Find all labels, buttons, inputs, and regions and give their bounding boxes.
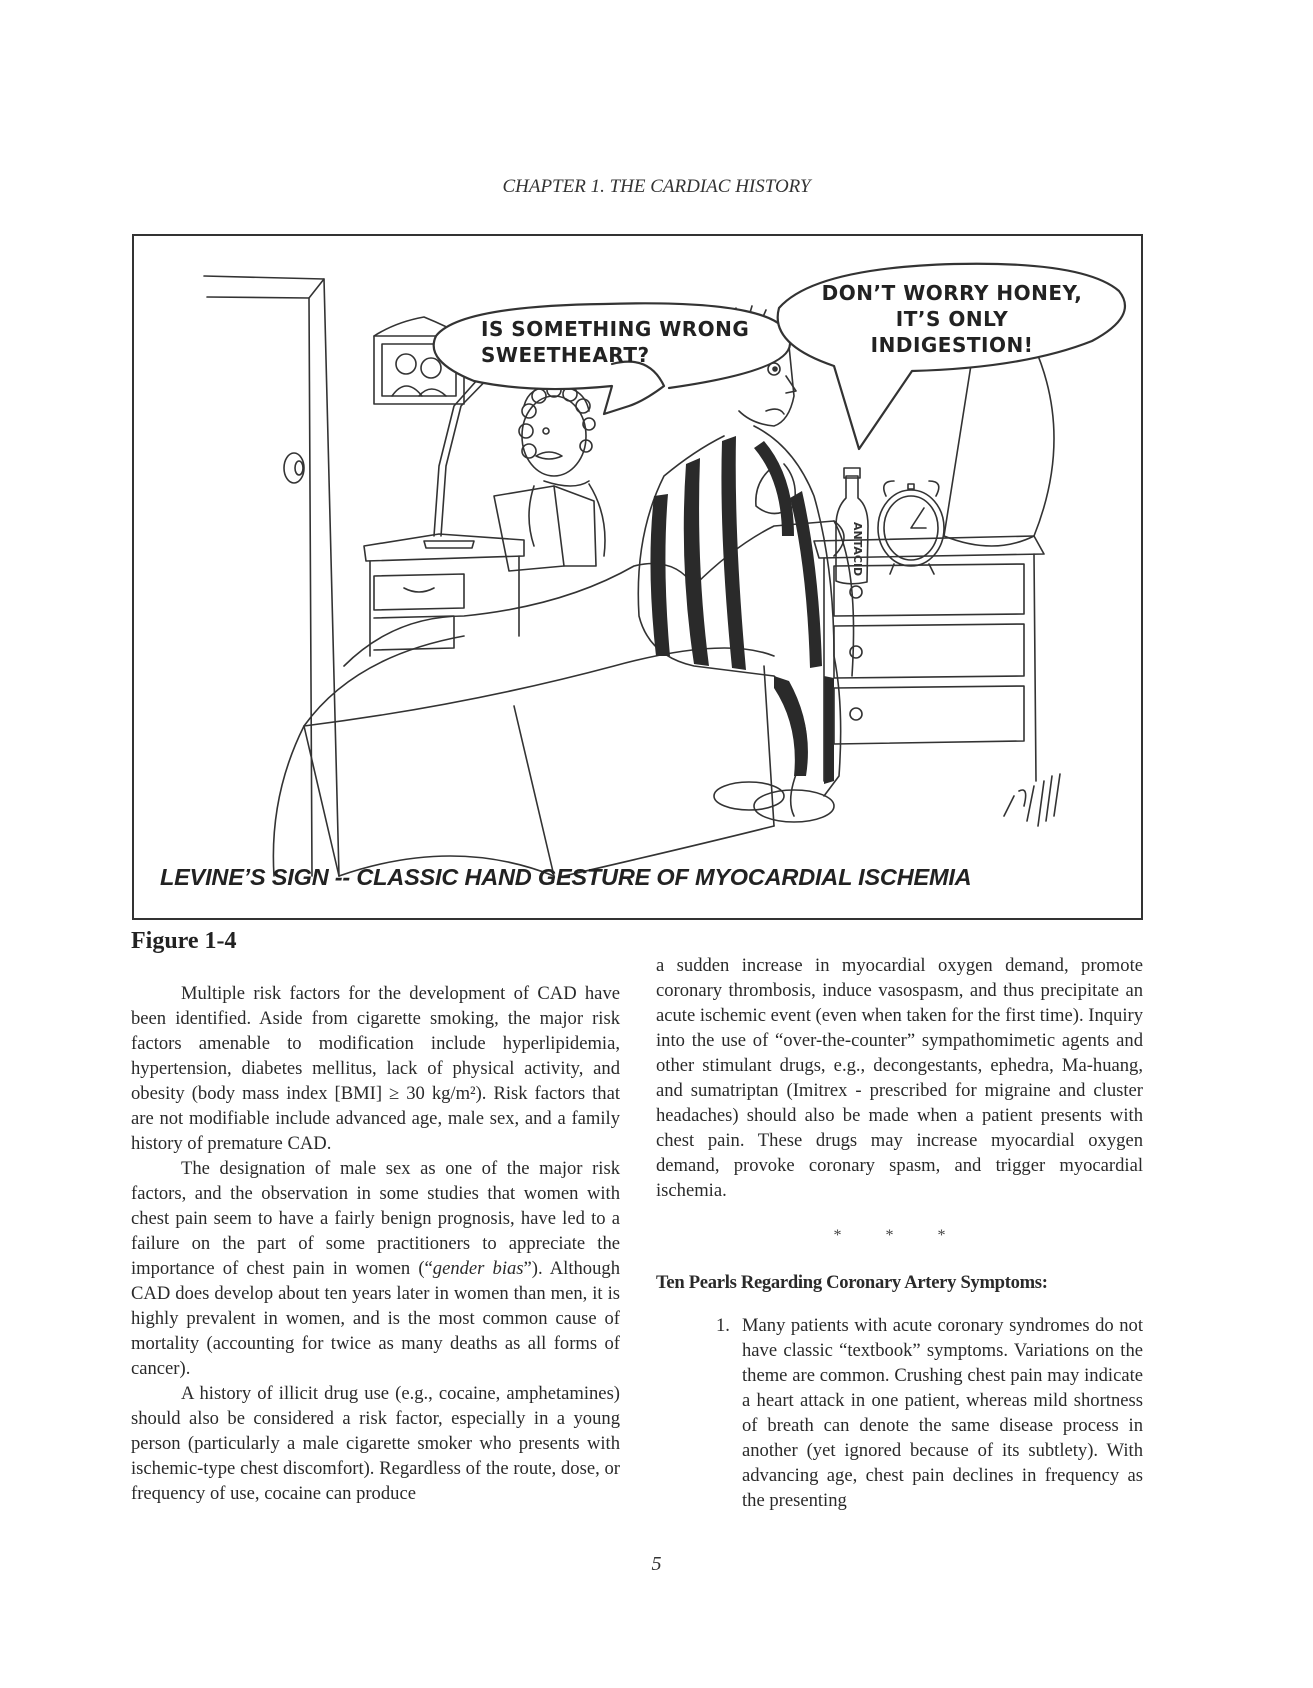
robe-stripes	[650, 436, 834, 784]
bed-icon	[273, 521, 853, 876]
emphasis: gender bias	[433, 1258, 524, 1279]
paragraph: A history of illicit drug use (e.g., coc…	[131, 1381, 620, 1506]
right-column: a sudden increase in myocardial oxygen d…	[656, 953, 1143, 1513]
figure-label: Figure 1-4	[131, 928, 237, 955]
paragraph: Multiple risk factors for the developmen…	[131, 981, 620, 1156]
nightstand-icon	[364, 534, 524, 656]
section-separator: * * *	[656, 1223, 1143, 1248]
figure-caption: LEVINE’S SIGN -- CLASSIC HAND GESTURE OF…	[160, 864, 1120, 891]
woman-reading-icon	[494, 383, 605, 571]
alarm-clock-icon	[878, 481, 944, 574]
signature-icon	[1004, 774, 1060, 826]
list-number: 1.	[716, 1313, 730, 1338]
antacid-label: ANTACID	[851, 522, 864, 576]
running-head: CHAPTER 1. THE CARDIAC HISTORY	[0, 176, 1313, 198]
figure-cartoon: ANTACID IS SOMETHING WRONG SWEETHEART? D…	[132, 234, 1143, 920]
page-number: 5	[0, 1553, 1313, 1576]
section-heading: Ten Pearls Regarding Coronary Artery Sym…	[656, 1270, 1143, 1295]
nightstand-icon	[814, 536, 1044, 781]
list-item: 1. Many patients with acute coronary syn…	[656, 1313, 1143, 1513]
speech-bubble-woman-text: IS SOMETHING WRONG SWEETHEART?	[481, 316, 781, 368]
speech-bubble-man-text: DON’T WORRY HONEY, IT’S ONLY INDIGESTION…	[802, 280, 1102, 358]
paragraph: The designation of male sex as one of th…	[131, 1156, 620, 1381]
list-item-text: Many patients with acute coronary syndro…	[742, 1313, 1143, 1513]
paragraph: a sudden increase in myocardial oxygen d…	[656, 953, 1143, 1203]
left-column: Multiple risk factors for the developmen…	[131, 981, 620, 1506]
